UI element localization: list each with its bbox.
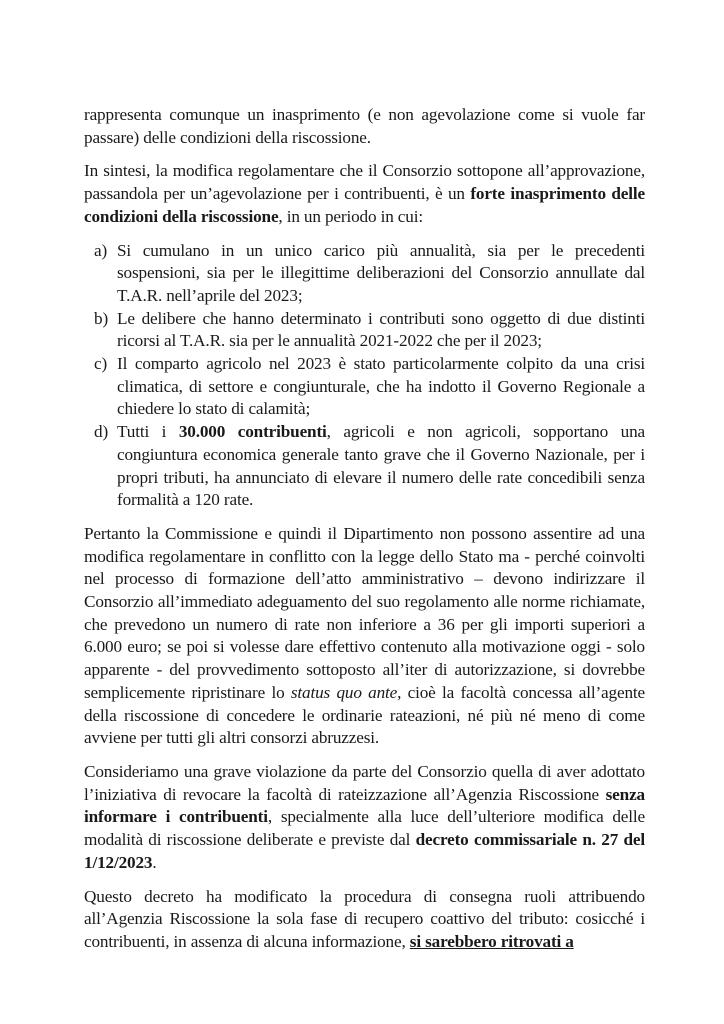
reasons-list: a) Si cumulano in un unico carico più an… [84, 240, 645, 512]
list-item-c: c) Il comparto agricolo nel 2023 è stato… [84, 353, 645, 421]
paragraph-text: Pertanto la Commissione e quindi il Dipa… [84, 524, 645, 702]
list-item-b: b) Le delibere che hanno determinato i c… [84, 308, 645, 353]
paragraph-intro: rappresenta comunque un inasprimento (e … [84, 104, 645, 149]
list-item-text: Le delibere che hanno determinato i cont… [117, 309, 645, 351]
list-marker: d) [94, 421, 108, 444]
paragraph-violation: Consideriamo una grave violazione da par… [84, 761, 645, 875]
paragraph-text: . [152, 853, 156, 872]
list-item-text: Si cumulano in un unico carico più annua… [117, 241, 645, 305]
italic-emphasis: status quo ante [291, 683, 397, 702]
document-page: rappresenta comunque un inasprimento (e … [84, 104, 645, 965]
list-marker: a) [94, 240, 107, 263]
paragraph-text: , in un periodo in cui: [278, 207, 423, 226]
paragraph-decree: Questo decreto ha modificato la procedur… [84, 886, 645, 954]
bold-underlined-emphasis: si sarebbero ritrovati a [410, 932, 574, 951]
bold-emphasis: 30.000 contribuenti [179, 422, 327, 441]
paragraph-text: Consideriamo una grave violazione da par… [84, 762, 645, 804]
list-marker: b) [94, 308, 108, 331]
paragraph-commission: Pertanto la Commissione e quindi il Dipa… [84, 523, 645, 750]
list-item-a: a) Si cumulano in un unico carico più an… [84, 240, 645, 308]
paragraph-text: rappresenta comunque un inasprimento (e … [84, 105, 645, 147]
paragraph-summary: In sintesi, la modifica regolamentare ch… [84, 160, 645, 228]
list-item-text: Il comparto agricolo nel 2023 è stato pa… [117, 354, 645, 418]
list-marker: c) [94, 353, 107, 376]
list-item-d: d) Tutti i 30.000 contribuenti, agricoli… [84, 421, 645, 512]
list-item-text: Tutti i [117, 422, 179, 441]
